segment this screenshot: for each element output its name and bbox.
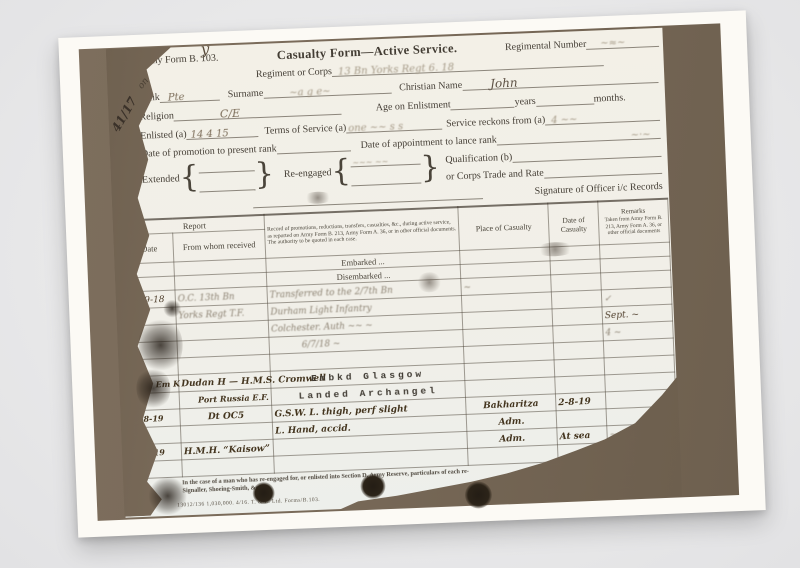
entry-remarks: ✓: [604, 294, 612, 304]
age-months-field: [535, 93, 593, 107]
entry-from: H.M.H. “Kaisow”: [184, 443, 270, 456]
service-reckons-value: 4 ~~: [551, 114, 578, 126]
record-table: Report Record of promotions, reductions,…: [124, 198, 679, 480]
remarks-subtitle: Taken from Army Form B. 213, Army Form A…: [604, 215, 662, 236]
regimental-number-line: Regimental Number ~≈~: [505, 35, 659, 53]
photo-print: Army Form B. 103. Casualty Form—Active S…: [58, 10, 766, 537]
surname-label: Surname: [228, 88, 264, 100]
religion-value: C/E: [220, 108, 241, 121]
entry-record: Durham Light Infantry: [270, 303, 372, 317]
rank-field: Pte: [160, 89, 220, 103]
entry-remarks: Sept. ~: [605, 309, 640, 320]
charred-mark: [148, 475, 188, 516]
lance-value: ~·~: [630, 129, 650, 141]
service-reckons-field: 4 ~~: [545, 109, 660, 126]
terms-label: Terms of Service (a): [264, 123, 346, 137]
entry-date-casualty: 2-8-19: [558, 396, 591, 407]
corps-trade-field: [543, 161, 662, 178]
entry-record: L. Hand, accid.: [275, 423, 351, 436]
age-label: Age on Enlistment: [376, 99, 451, 113]
reengaged-field-1: ~~~ ~~: [350, 154, 420, 168]
entry-place: ~: [463, 282, 471, 292]
date-of-casualty-header: Date of Casualty: [548, 201, 600, 246]
enlisted-field: 14 4 15: [186, 125, 258, 140]
terms-value: one ~~ s s: [348, 121, 403, 134]
reengaged-field-2: [351, 173, 421, 187]
print-code: 13012/136 1,030,000. 4/16. T. & L. Ltd. …: [177, 497, 320, 509]
extended-close-brace: }: [254, 162, 274, 188]
extended-open-brace: {: [179, 165, 199, 191]
regimental-number-value: ~≈~: [600, 37, 626, 49]
entry-from: Yorks Regt T.F.: [178, 308, 244, 321]
regimental-number-label: Regimental Number: [505, 39, 587, 53]
entry-date-casualty: At sea: [559, 430, 590, 441]
reengaged-value: ~~~ ~~: [352, 158, 388, 168]
from-whom-header: From whom received: [173, 229, 266, 262]
rank-value: Pte: [168, 92, 185, 104]
corps-trade-label: or Corps Trade and Rate: [446, 167, 544, 182]
regiment-value: 13 Bn Yorks Regt 6. 18: [338, 62, 455, 78]
entry-remarks: 4 ~: [605, 327, 621, 338]
christian-name-label: Christian Name: [399, 80, 462, 94]
dark-blot: [360, 473, 386, 499]
extended-field-2: [199, 179, 255, 192]
enlisted-value: 14 4 15: [190, 128, 229, 141]
place-of-casualty-header: Place of Casualty: [458, 203, 550, 250]
reengaged-fields: ~~~ ~~: [350, 154, 421, 187]
entry-record: 6/7/18 ~: [302, 338, 341, 350]
regimental-number-field: ~≈~: [586, 35, 659, 50]
surname-value: ~a g e~: [289, 86, 331, 99]
surname-field: ~a g e~: [263, 82, 391, 99]
extended-field-1: [198, 160, 254, 173]
qualification-block: Qualification (b) or Corps Trade and Rat…: [445, 144, 662, 182]
embkd-glasgow-stamp: Embkd Glasgow: [311, 368, 424, 384]
signature-label: Signature of Officer i/c Records: [483, 181, 663, 199]
christian-name-field: John: [462, 71, 659, 91]
promotion-field: [276, 139, 350, 154]
entry-place: Adm.: [499, 433, 525, 444]
reengaged-open-brace: {: [331, 159, 351, 185]
qualification-field: [512, 144, 662, 162]
service-reckons-label: Service reckons from (a): [446, 115, 545, 130]
christian-name-value: John: [490, 76, 518, 90]
terms-field: one ~~ s s: [346, 118, 442, 134]
extended-label: Extended: [142, 173, 180, 186]
reengaged-close-brace: }: [420, 155, 440, 181]
entry-place: Bakharitza: [483, 399, 539, 411]
pen-flourish: y: [200, 40, 209, 58]
screenshot-root: { "form": { "form_no": "Army Form B. 103…: [0, 0, 800, 568]
age-years-field: [450, 96, 514, 111]
remarks-header: Remarks Taken from Army Form B. 213, Arm…: [598, 199, 670, 245]
enlisted-label: Enlisted (a): [140, 129, 187, 142]
reengaged-label: Re-engaged: [284, 167, 332, 180]
religion-field: C/E: [174, 103, 342, 122]
years-label: years: [514, 96, 536, 108]
qualification-label: Qualification (b): [445, 151, 512, 165]
entry-record: Transferred to the 2/7th Bn: [270, 285, 393, 300]
casualty-form-document: Army Form B. 103. Casualty Form—Active S…: [107, 28, 681, 518]
entry-record: Colchester. Auth ~~ ~: [271, 320, 373, 334]
months-label: months.: [593, 92, 625, 104]
corps-trade-line: or Corps Trade and Rate: [446, 161, 662, 182]
entry-from: O.C. 13th Bn: [178, 292, 235, 304]
dark-blot: [464, 481, 492, 509]
entry-from: Dt OC5: [208, 410, 245, 421]
brown-mount-board: Army Form B. 103. Casualty Form—Active S…: [79, 23, 739, 520]
extended-fields: [198, 160, 255, 192]
entry-place: Adm.: [498, 416, 524, 427]
record-column-header: Record of promotions, reductions, transf…: [264, 207, 460, 258]
regiment-label: Regiment or Corps: [256, 66, 332, 80]
entry-from: Port Russia E.F.: [198, 392, 269, 405]
